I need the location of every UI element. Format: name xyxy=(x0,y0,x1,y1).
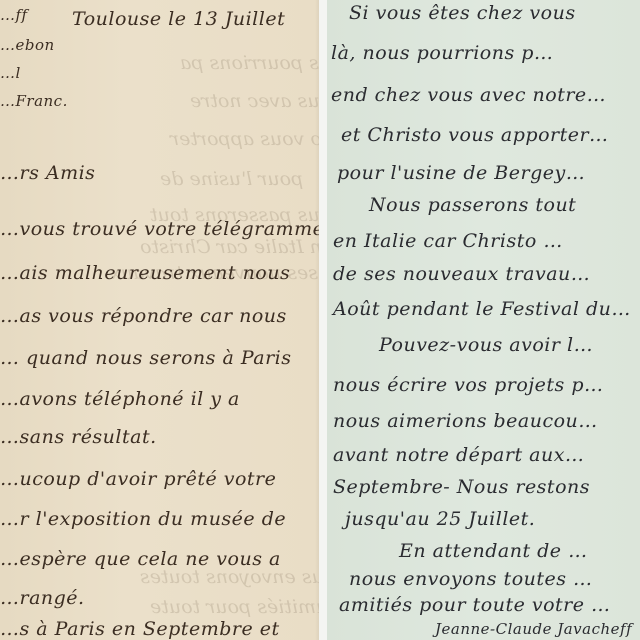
letter-line: Août pendant le Festival du… xyxy=(333,298,631,320)
letter-line: …vous trouvé votre télégramme xyxy=(0,218,319,240)
letter-line: en Italie car Christo … xyxy=(333,230,563,252)
closing-line: En attendant de … xyxy=(399,540,588,562)
letter-line: …as vous répondre car nous xyxy=(0,305,287,327)
letter-line: Si vous êtes chez vous xyxy=(349,2,576,24)
letter-line: end chez vous avec notre… xyxy=(331,84,606,106)
letter-line: jusqu'au 25 Juillet. xyxy=(345,508,535,530)
sender-address-line: …ebon xyxy=(0,36,55,54)
letter-line: … quand nous serons à Paris xyxy=(0,347,292,369)
letter-line: …sans résultat. xyxy=(0,426,157,448)
closing-line: amitiés pour toute votre … xyxy=(339,594,611,616)
letter-line: …avons téléphoné il y a xyxy=(0,388,240,410)
bleed-through-text: pour l'usine de xyxy=(160,168,303,190)
letter-line: Nous passerons tout xyxy=(369,194,576,216)
closing-line: nous envoyons toutes … xyxy=(349,568,593,590)
bleed-through-text: end chez vous avec notre xyxy=(190,90,319,112)
signature: Jeanne-Claude Javacheff xyxy=(435,620,632,638)
salutation: …rs Amis xyxy=(0,162,95,184)
letter-line: …rangé. xyxy=(0,587,85,609)
bleed-through-text: amitiés pour toute xyxy=(150,596,319,618)
letter-line: …r l'exposition du musée de xyxy=(0,508,286,530)
letter-line: avant notre départ aux… xyxy=(333,444,584,466)
sender-address-line: …l xyxy=(0,64,21,82)
letter-line: Septembre- Nous restons xyxy=(333,476,590,498)
letter-line: pour l'usine de Bergey… xyxy=(337,162,585,184)
letter-line: là, nous pourrions p… xyxy=(331,42,553,64)
letter-page-right: Si vous êtes chez vous là, nous pourrion… xyxy=(327,0,640,640)
letter-line: …ais malheureusement nous xyxy=(0,262,290,284)
letter-scan-composite: le nous pourrions pa end chez vous avec … xyxy=(0,0,640,640)
sender-address-line: …ff xyxy=(0,6,28,24)
bleed-through-text: le nous pourrions pa xyxy=(180,52,319,74)
letter-page-left: le nous pourrions pa end chez vous avec … xyxy=(0,0,319,640)
letter-line: …s à Paris en Septembre et xyxy=(0,618,280,640)
page-gutter xyxy=(319,0,327,640)
letter-line: et Christo vous apporter… xyxy=(341,124,609,146)
letter-line: nous aimerions beaucou… xyxy=(333,410,598,432)
letter-line: Pouvez-vous avoir l… xyxy=(379,334,593,356)
letter-line: nous écrire vos projets p… xyxy=(333,374,603,396)
bleed-through-text: et Christo vous apporter xyxy=(170,128,319,150)
letter-line: …ucoup d'avoir prêté votre xyxy=(0,468,276,490)
sender-address-line: …Franc. xyxy=(0,92,68,110)
letter-date: Toulouse le 13 Juillet xyxy=(72,8,285,30)
letter-line: de ses nouveaux travau… xyxy=(333,263,590,285)
letter-line: …espère que cela ne vous a xyxy=(0,548,281,570)
